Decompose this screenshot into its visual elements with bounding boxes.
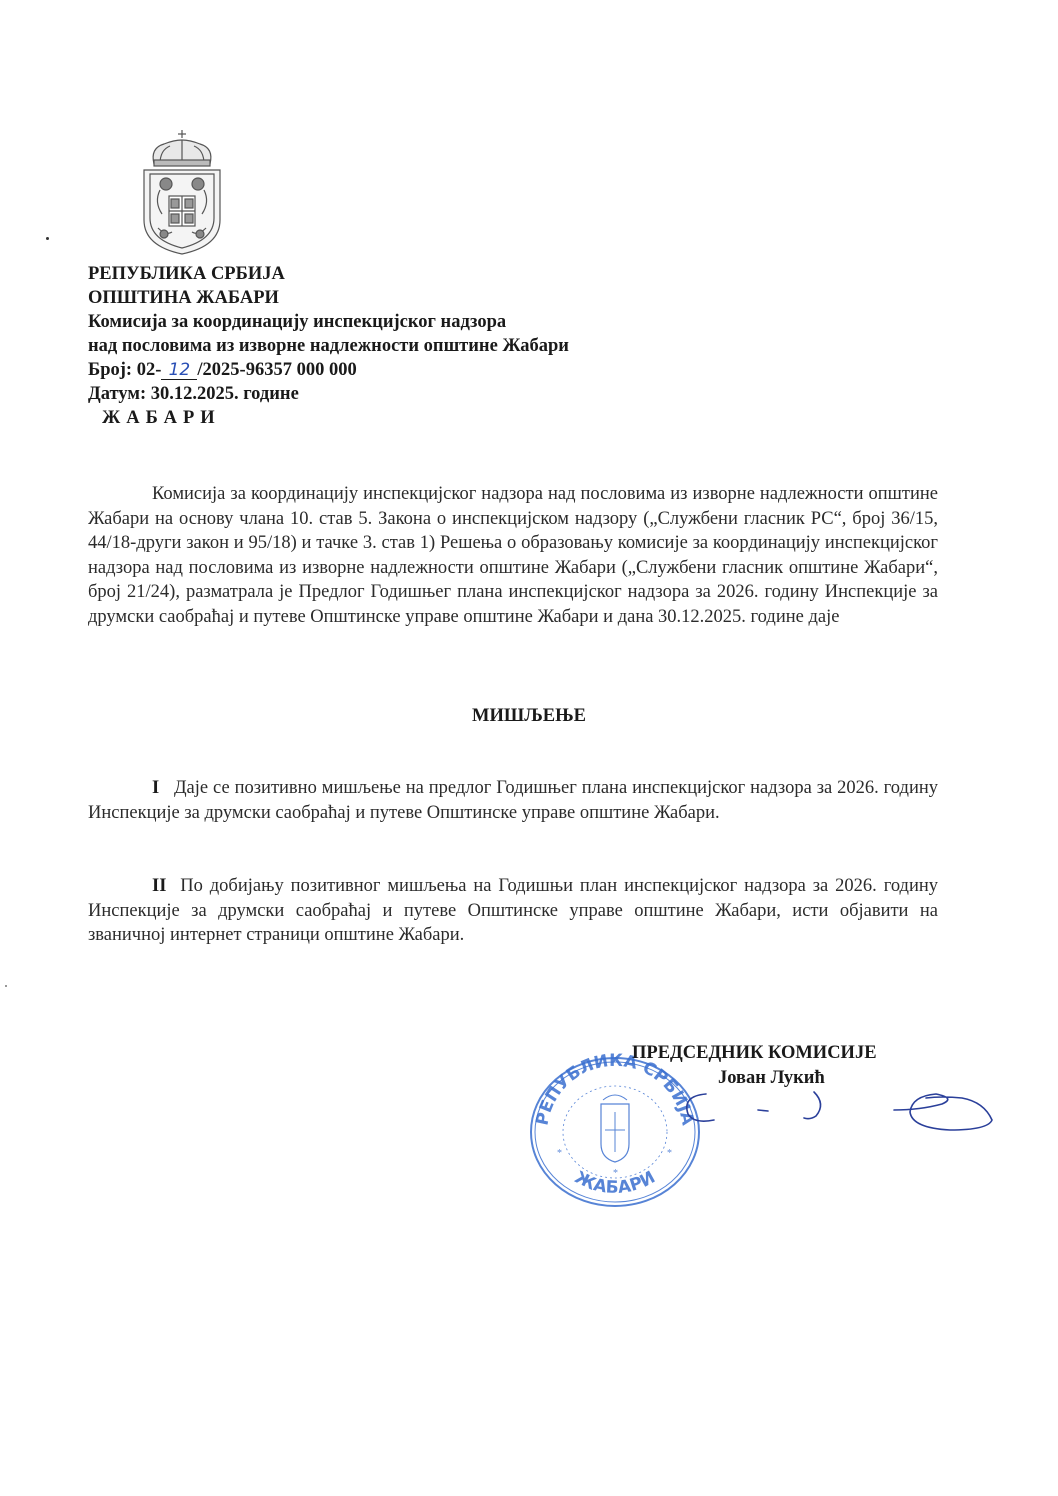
document-header: РЕПУБЛИКА СРБИЈА ОПШТИНА ЖАБАРИ Комисија…: [88, 262, 569, 430]
svg-text:*: *: [613, 1168, 618, 1179]
intro-paragraph: Комисија за координацију инспекцијског н…: [88, 482, 938, 630]
item-numeral: I: [152, 778, 159, 798]
signatory-title: ПРЕДСЕДНИК КОМИСИЈЕ: [632, 1043, 877, 1064]
coat-of-arms-icon: [140, 128, 224, 256]
header-commission-line2: над пословима из изворне надлежности опш…: [88, 334, 569, 358]
scan-speck: [46, 237, 49, 240]
scan-speck: [5, 985, 7, 987]
handwritten-signature-icon: [680, 1080, 1000, 1150]
header-municipality: ОПШТИНА ЖАБАРИ: [88, 286, 569, 310]
document-title: МИШЉЕЊЕ: [0, 706, 1058, 727]
official-stamp-icon: РЕПУБЛИКА СРБИЈА ЖАБАРИ * * *: [527, 1052, 703, 1208]
opinion-item-1: I Даје се позитивно мишљење на предлог Г…: [88, 776, 938, 825]
item-text: Даје се позитивно мишљење на предлог Год…: [88, 778, 938, 823]
header-date: Датум: 30.12.2025. године: [88, 382, 569, 406]
opinion-item-2: II По добијању позитивног мишљења на Год…: [88, 874, 938, 948]
broj-handwritten: 12: [161, 361, 197, 380]
broj-suffix: /2025-96357 000 000: [197, 360, 356, 380]
header-city: ЖАБАРИ: [88, 406, 569, 430]
svg-text:*: *: [667, 1148, 672, 1159]
item-text: По добијању позитивног мишљења на Годишњ…: [88, 876, 938, 945]
broj-label: Број: 02-: [88, 360, 161, 380]
header-commission-line1: Комисија за координацију инспекцијског н…: [88, 310, 569, 334]
item-numeral: II: [152, 876, 166, 896]
svg-text:*: *: [557, 1148, 562, 1159]
header-republic: РЕПУБЛИКА СРБИЈА: [88, 262, 569, 286]
header-document-number: Број: 02-12/2025-96357 000 000: [88, 358, 569, 382]
